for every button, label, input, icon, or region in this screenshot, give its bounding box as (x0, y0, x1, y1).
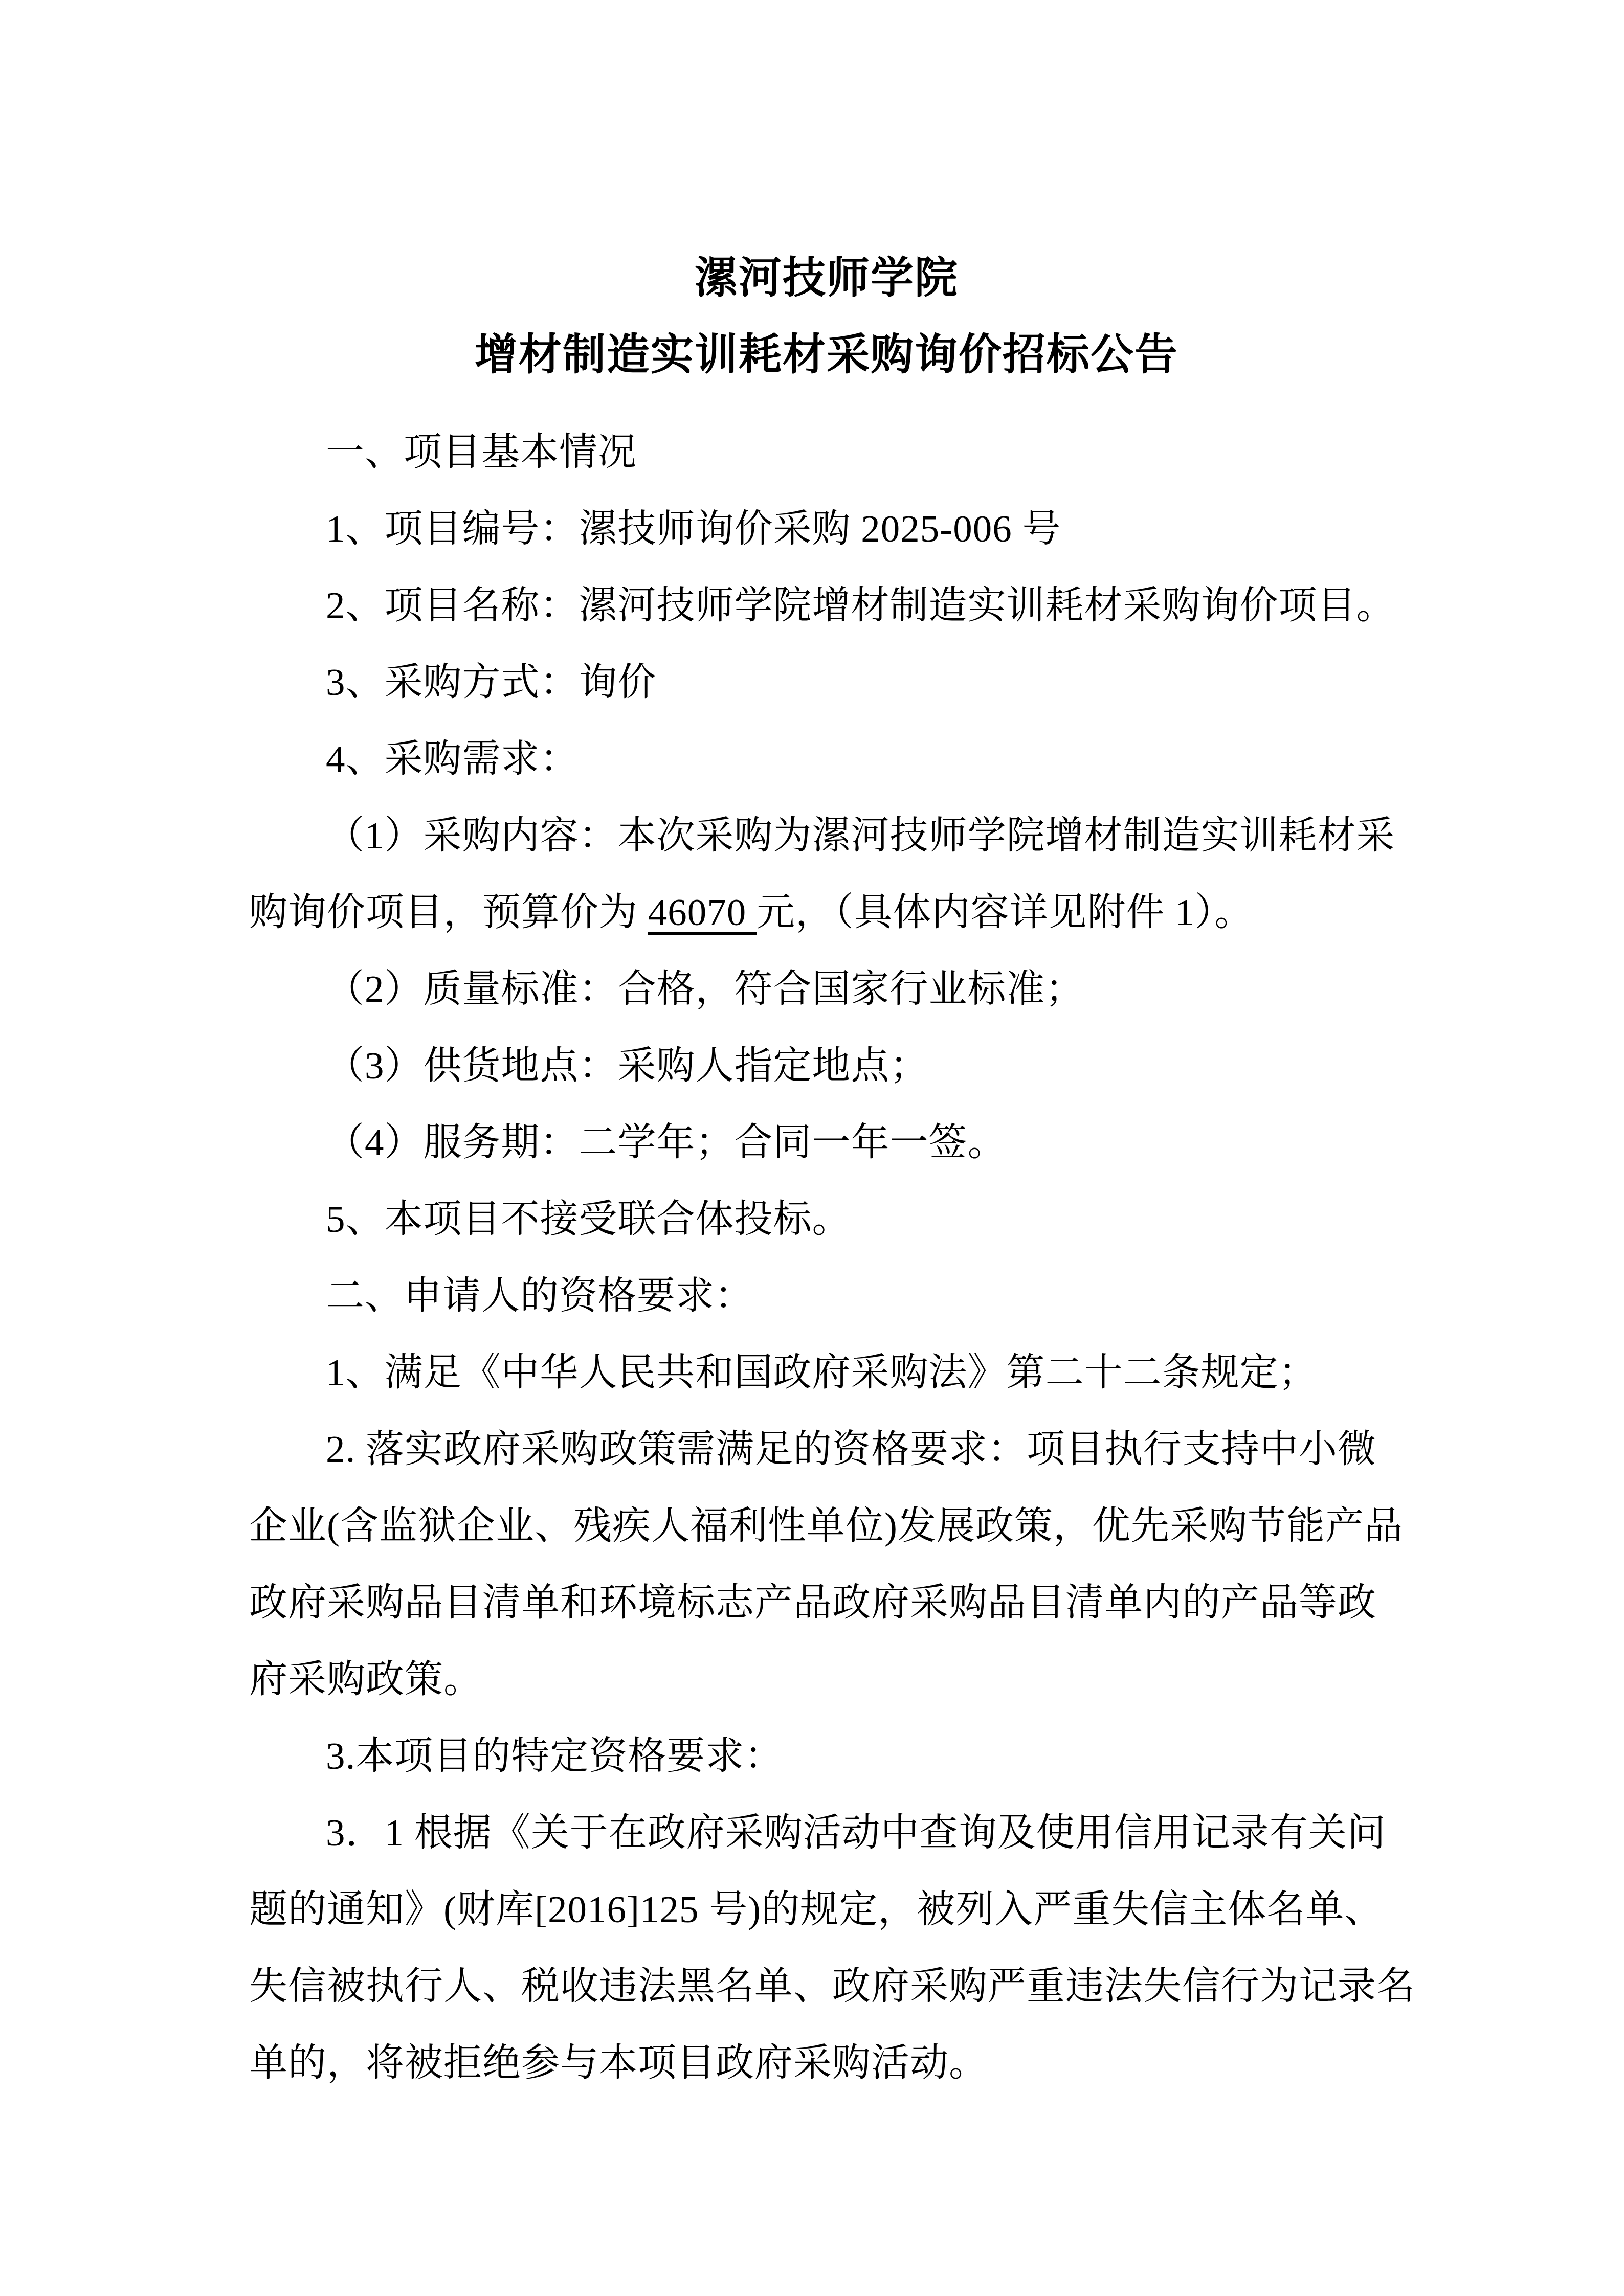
document-page: 漯河技师学院 增材制造实训耗材采购询价招标公告 一、项目基本情况 1、项目编号：… (0, 0, 1624, 2296)
text-line-budget: 购询价项目，预算价为 46070 元，（具体内容详见附件 1）。 (249, 874, 1404, 951)
budget-line-pre: 购询价项目，预算价为 (249, 891, 648, 934)
text-line-procurement-method: 3、采购方式：询价 (249, 644, 1404, 721)
document-title-line-1: 漯河技师学院 (249, 240, 1404, 317)
text-line-service-period: （4）服务期：二学年；合同一年一签。 (249, 1105, 1404, 1181)
text-line-project-number: 1、项目编号：漯技师询价采购 2025-006 号 (249, 491, 1404, 568)
text-line-procurement-law: 1、满足《中华人民共和国政府采购法》第二十二条规定； (249, 1335, 1404, 1411)
budget-line-post: 元，（具体内容详见附件 1）。 (757, 891, 1253, 934)
text-line-procurement-demand: 4、采购需求： (249, 721, 1404, 798)
text-line-credit-record-3: 失信被执行人、税收违法黑名单、政府采购严重违法失信行为记录名 (249, 1948, 1404, 2025)
text-line-no-consortium-bids: 5、本项目不接受联合体投标。 (249, 1181, 1404, 1258)
text-line-policy-requirements-1: 2. 落实政府采购政策需满足的资格要求：项目执行支持中小微 (249, 1411, 1404, 1488)
text-line-project-name: 2、项目名称：漯河技师学院增材制造实训耗材采购询价项目。 (249, 568, 1404, 644)
text-line-procurement-content: （1）采购内容：本次采购为漯河技师学院增材制造实训耗材采 (249, 798, 1404, 874)
text-line-policy-requirements-2: 企业(含监狱企业、残疾人福利性单位)发展政策，优先采购节能产品 (249, 1488, 1404, 1565)
document-body: 一、项目基本情况 1、项目编号：漯技师询价采购 2025-006 号 2、项目名… (249, 414, 1404, 2102)
section-heading-applicant-qualifications: 二、申请人的资格要求： (249, 1258, 1404, 1335)
text-line-policy-requirements-3: 政府采购品目清单和环境标志产品政府采购品目清单内的产品等政 (249, 1565, 1404, 1641)
text-line-specific-qualifications: 3.本项目的特定资格要求： (249, 1718, 1404, 1795)
text-line-quality-standard: （2）质量标准：合格，符合国家行业标准； (249, 951, 1404, 1028)
text-line-credit-record-2: 题的通知》(财库[2016]125 号)的规定，被列入严重失信主体名单、 (249, 1872, 1404, 1948)
section-heading-project-basic-info: 一、项目基本情况 (249, 414, 1404, 491)
text-line-credit-record-4: 单的，将被拒绝参与本项目政府采购活动。 (249, 2025, 1404, 2102)
text-line-delivery-location: （3）供货地点：采购人指定地点； (249, 1028, 1404, 1105)
text-line-credit-record-1: 3．1 根据《关于在政府采购活动中查询及使用信用记录有关问 (249, 1795, 1404, 1872)
document-title-line-2: 增材制造实训耗材采购询价招标公告 (249, 317, 1404, 394)
text-line-policy-requirements-4: 府采购政策。 (249, 1641, 1404, 1718)
budget-amount-underlined: 46070 (648, 891, 757, 934)
